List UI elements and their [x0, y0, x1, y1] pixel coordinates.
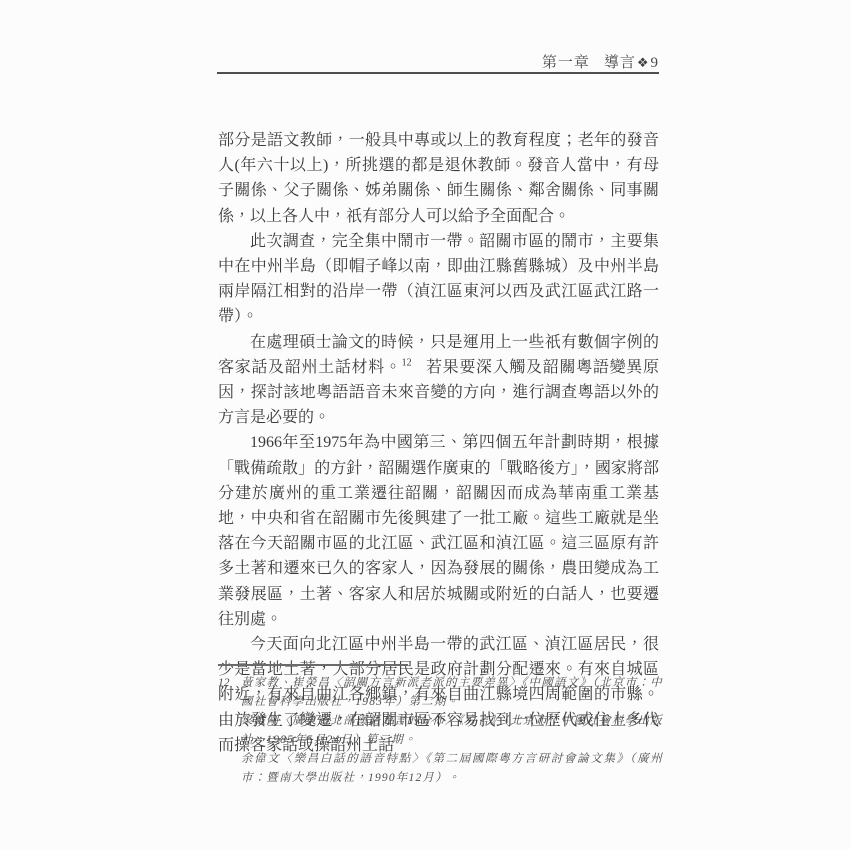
- book-page: 第一章導言❖9 部分是語文教師，一般具中專或以上的教育程度；老年的發音人(年六十…: [0, 0, 850, 850]
- header-ornament-icon: ❖: [637, 55, 650, 70]
- footnote-entry-text: 黃家教、崔榮昌〈韶關方言新派老派的主要差異〉《中國語文》（北京市：中國社會科學出…: [241, 677, 663, 708]
- paragraph-2: 此次調查，完全集中鬧市一帶。韶關市區的鬧市，主要集中在中州半島（即帽子峰以南，即…: [218, 229, 659, 330]
- paragraph-1: 部分是語文教師，一般具中專或以上的教育程度；老年的發音人(年六十以上)，所挑選的…: [218, 128, 659, 229]
- footnote-entry: 梁猷剛〈廣東省北部漢語方言的分佈〉《方言》（北京市；中國社會科學出版社，1985…: [218, 712, 663, 750]
- header-chapter: 第一章: [542, 55, 590, 71]
- footnote-number: 12: [218, 674, 230, 693]
- footnote-entry: 12 黃家教、崔榮昌〈韶關方言新派老派的主要差異〉《中國語文》（北京市：中國社會…: [218, 674, 663, 712]
- paragraph-4: 1966年至1975年為中國第三、第四個五年計劃時期，根據「戰備疏散」的方針，韶…: [218, 430, 659, 632]
- header-rule: [217, 72, 659, 74]
- header-section-title: 導言: [604, 55, 636, 71]
- footnote-reference: 12: [402, 358, 412, 369]
- footnote-separator: [218, 664, 408, 666]
- header-page-number: 9: [651, 55, 660, 71]
- footnote-entry: 余偉文〈樂昌白話的語音特點〉《第二屆國際粵方言研討會論文集》（廣州市：暨南大學出…: [218, 750, 663, 788]
- page-header: 第一章導言❖9: [218, 51, 659, 72]
- footnote-entry-text: 余偉文〈樂昌白話的語音特點〉《第二屆國際粵方言研討會論文集》（廣州市：暨南大學出…: [241, 753, 663, 784]
- paragraph-3: 在處理碩士論文的時候，只是運用上一些祇有數個字例的客家話及韶州土話材料。12若果…: [218, 330, 659, 431]
- footnote-entry-text: 梁猷剛〈廣東省北部漢語方言的分佈〉《方言》（北京市；中國社會科學出版社，1985…: [241, 715, 663, 746]
- footnotes: 12 黃家教、崔榮昌〈韶關方言新派老派的主要差異〉《中國語文》（北京市：中國社會…: [218, 674, 663, 788]
